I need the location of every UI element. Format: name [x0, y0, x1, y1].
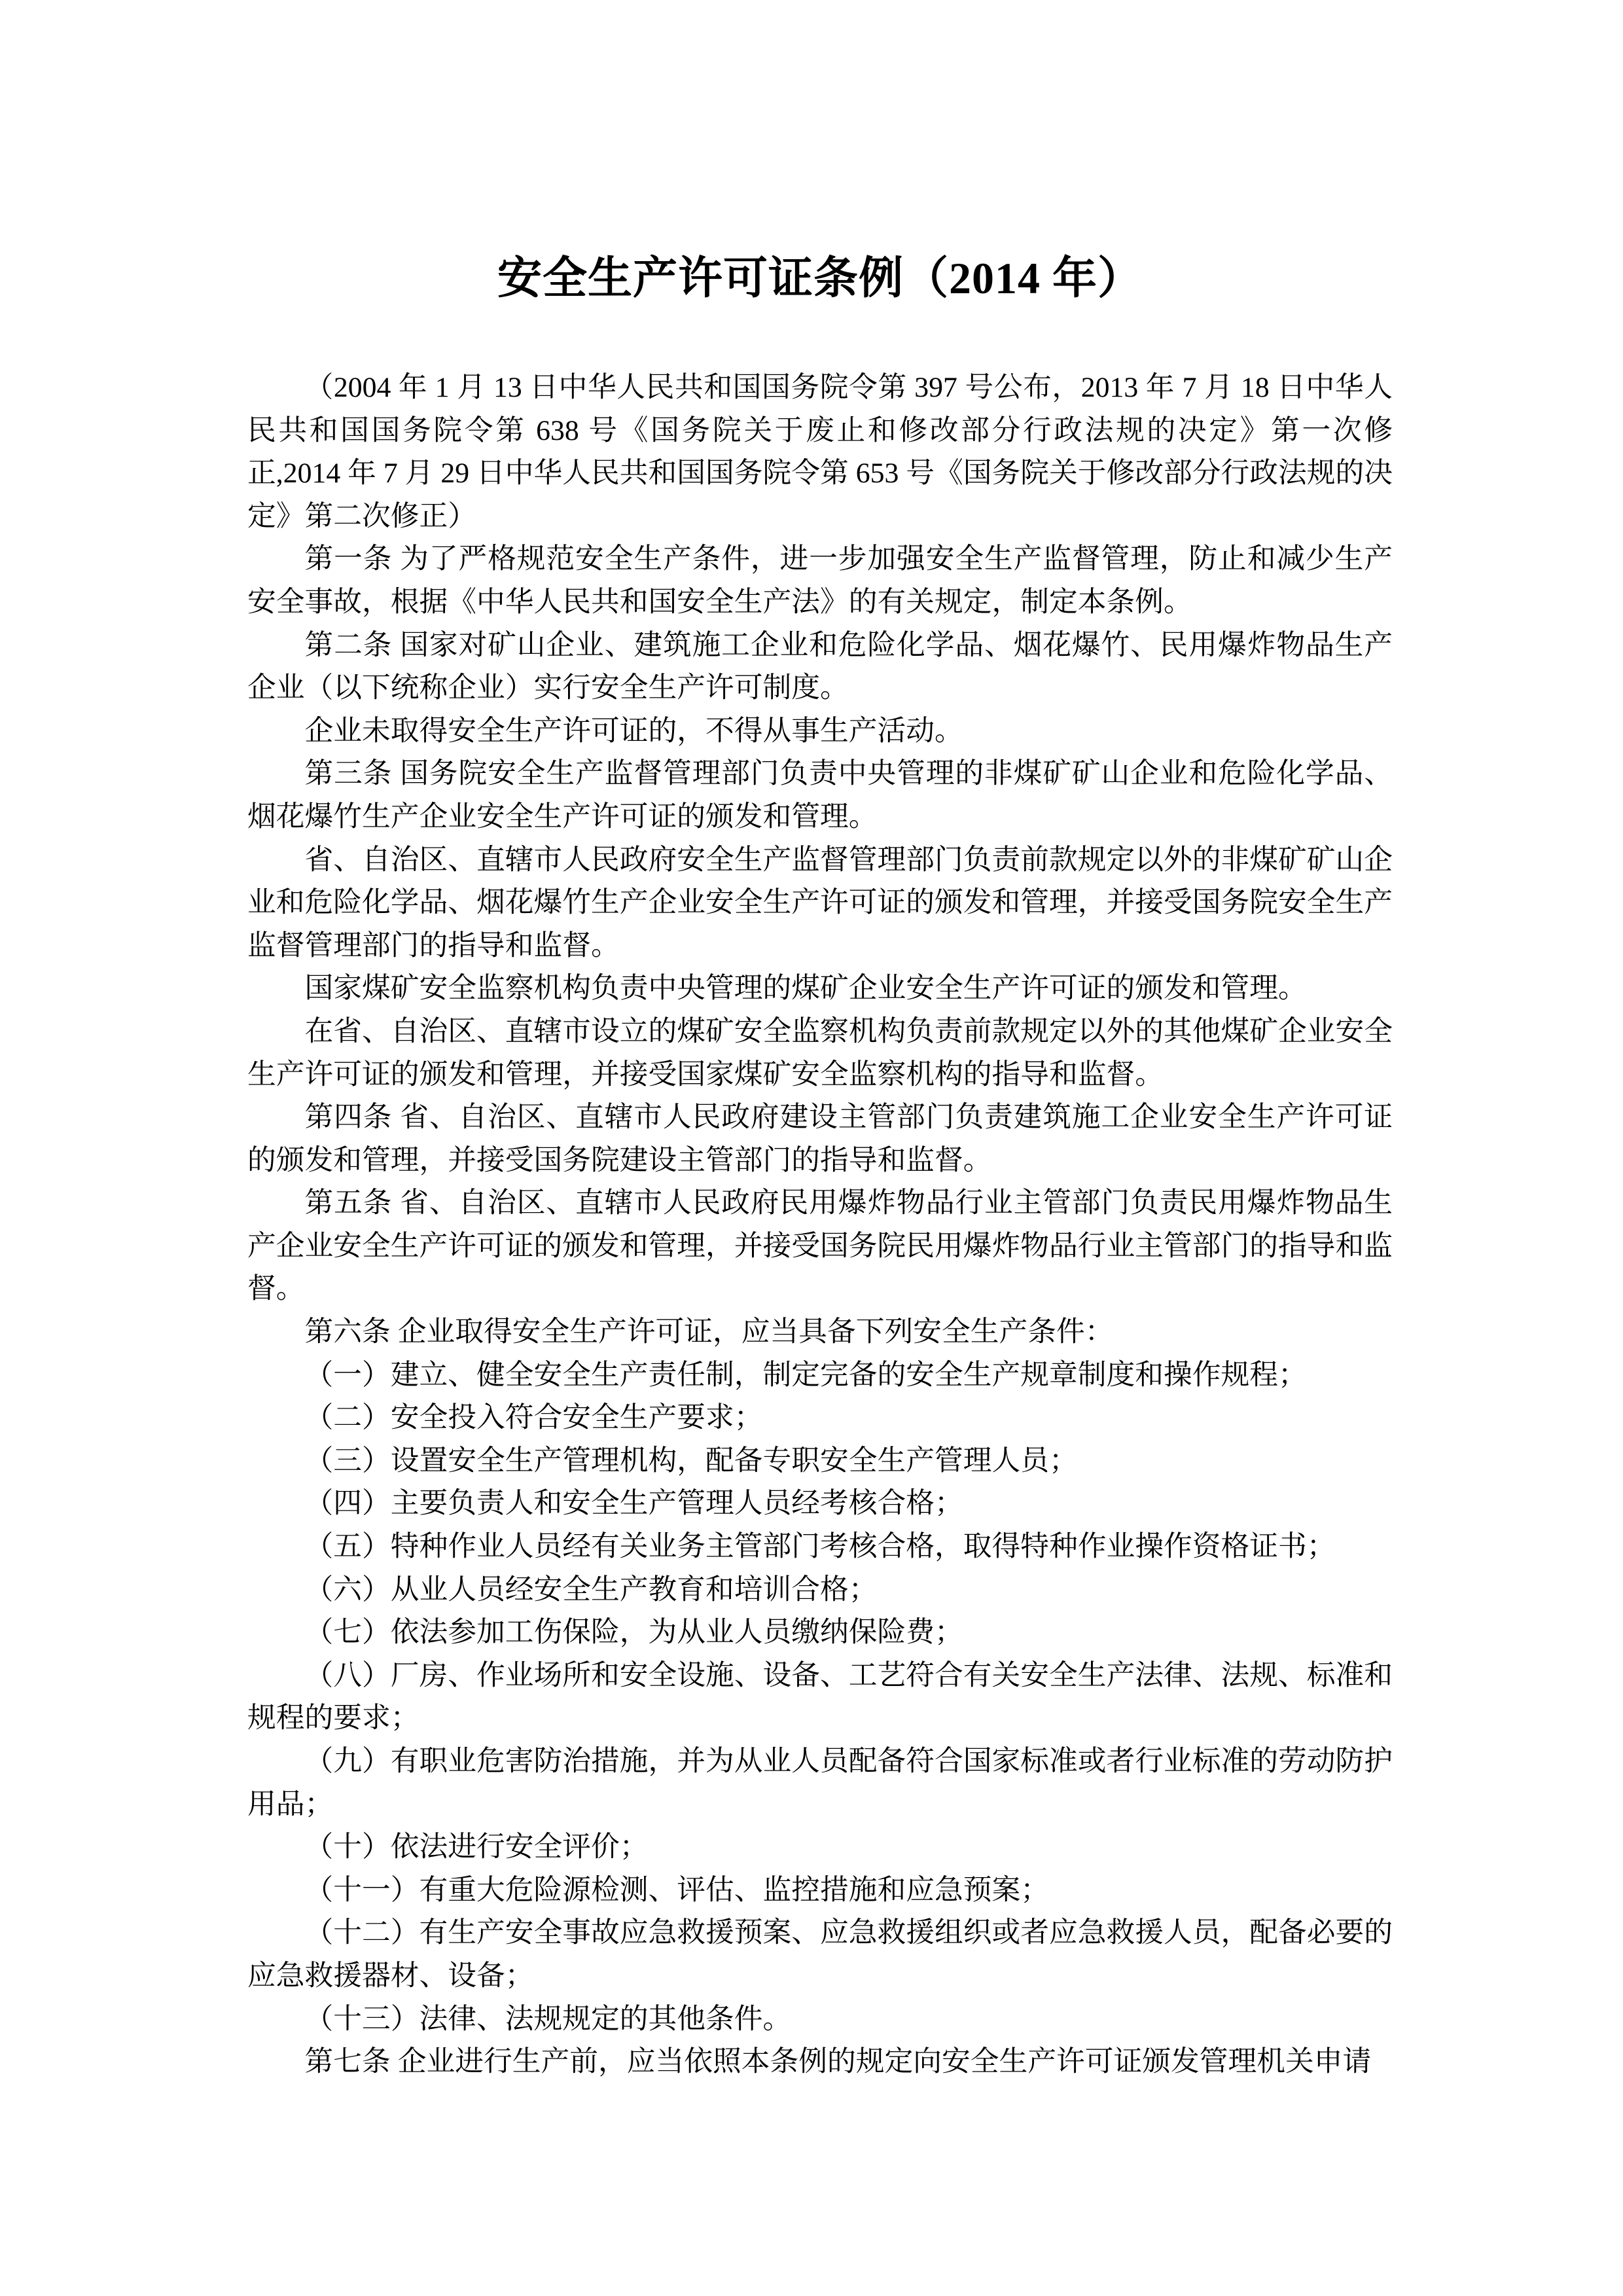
paragraph: （二）安全投入符合安全生产要求； — [247, 1397, 1393, 1440]
document-body: （2004 年 1 月 13 日中华人民共和国国务院令第 397 号公布，201… — [247, 367, 1393, 2084]
paragraph: （七）依法参加工伤保险，为从业人员缴纳保险费； — [247, 1611, 1393, 1655]
paragraph: 第二条 国家对矿山企业、建筑施工企业和危险化学品、烟花爆竹、民用爆炸物品生产企业… — [247, 624, 1393, 710]
paragraph: （九）有职业危害防治措施，并为从业人员配备符合国家标准或者行业标准的劳动防护用品… — [247, 1740, 1393, 1826]
paragraph: 在省、自治区、直辖市设立的煤矿安全监察机构负责前款规定以外的其他煤矿企业安全生产… — [247, 1011, 1393, 1096]
paragraph: （十一）有重大危险源检测、评估、监控措施和应急预案； — [247, 1869, 1393, 1912]
paragraph: 企业未取得安全生产许可证的，不得从事生产活动。 — [247, 710, 1393, 753]
document-page: 安全生产许可证条例（2014 年） （2004 年 1 月 13 日中华人民共和… — [0, 0, 1623, 2296]
document-title: 安全生产许可证条例（2014 年） — [247, 249, 1393, 308]
paragraph: （十）依法进行安全评价； — [247, 1826, 1393, 1869]
paragraph: 第三条 国务院安全生产监督管理部门负责中央管理的非煤矿矿山企业和危险化学品、烟花… — [247, 753, 1393, 838]
paragraph: 第六条 企业取得安全生产许可证，应当具备下列安全生产条件： — [247, 1311, 1393, 1354]
paragraph: 第四条 省、自治区、直辖市人民政府建设主管部门负责建筑施工企业安全生产许可证的颁… — [247, 1096, 1393, 1182]
paragraph: （六）从业人员经安全生产教育和培训合格； — [247, 1569, 1393, 1612]
paragraph: 省、自治区、直辖市人民政府安全生产监督管理部门负责前款规定以外的非煤矿矿山企业和… — [247, 839, 1393, 968]
paragraph: （一）建立、健全安全生产责任制，制定完备的安全生产规章制度和操作规程； — [247, 1354, 1393, 1397]
paragraph: 第七条 企业进行生产前，应当依照本条例的规定向安全生产许可证颁发管理机关申请 — [247, 2041, 1393, 2084]
paragraph: （三）设置安全生产管理机构，配备专职安全生产管理人员； — [247, 1440, 1393, 1483]
paragraph: （十二）有生产安全事故应急救援预案、应急救援组织或者应急救援人员，配备必要的应急… — [247, 1912, 1393, 1998]
paragraph: 第一条 为了严格规范安全生产条件，进一步加强安全生产监督管理，防止和减少生产安全… — [247, 538, 1393, 624]
paragraph: 国家煤矿安全监察机构负责中央管理的煤矿企业安全生产许可证的颁发和管理。 — [247, 967, 1393, 1011]
paragraph: （四）主要负责人和安全生产管理人员经考核合格； — [247, 1482, 1393, 1526]
paragraph: （五）特种作业人员经有关业务主管部门考核合格，取得特种作业操作资格证书； — [247, 1526, 1393, 1569]
paragraph: （十三）法律、法规规定的其他条件。 — [247, 1998, 1393, 2041]
paragraph: （2004 年 1 月 13 日中华人民共和国国务院令第 397 号公布，201… — [247, 367, 1393, 538]
paragraph: 第五条 省、自治区、直辖市人民政府民用爆炸物品行业主管部门负责民用爆炸物品生产企… — [247, 1182, 1393, 1311]
paragraph: （八）厂房、作业场所和安全设施、设备、工艺符合有关安全生产法律、法规、标准和规程… — [247, 1655, 1393, 1740]
